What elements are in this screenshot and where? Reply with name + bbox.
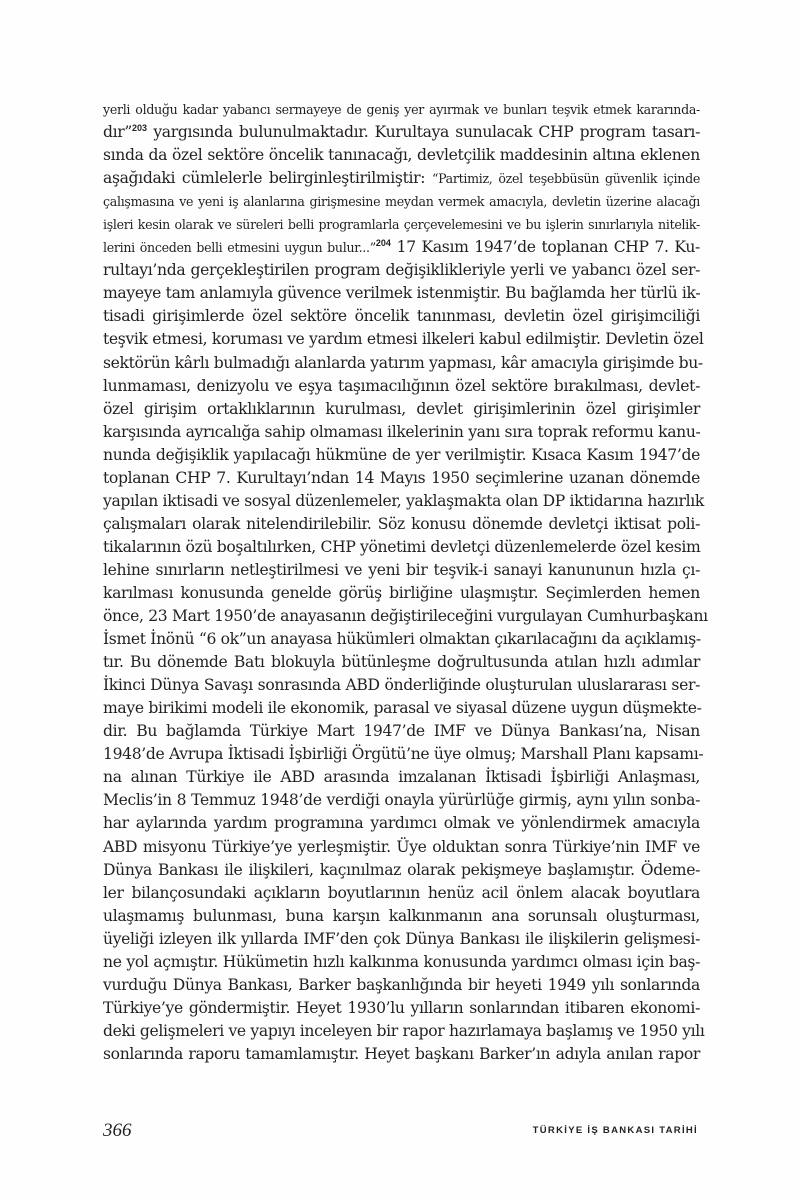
text-line: ABD misyonu Türkiye’ye yerleşmiştir. Üye… bbox=[103, 836, 700, 859]
line-text: 17 Kasım 1947’de toplanan CHP 7. Ku- bbox=[391, 238, 700, 256]
line-text: İsmet İnönü “6 ok”un anayasa hükümleri o… bbox=[103, 630, 701, 648]
line-text: yerli olduğu kadar yabancı sermayeye de … bbox=[103, 102, 700, 117]
line-text: İkinci Dünya Savaşı sonrasında ABD önder… bbox=[103, 676, 700, 694]
text-line: Meclis’in 8 Temmuz 1948’de verdiği onayl… bbox=[103, 789, 700, 812]
body-text: yerli olduğu kadar yabancı sermayeye de … bbox=[103, 98, 700, 1066]
text-line: karşısında ayrıcalığa sahip olmaması ilk… bbox=[103, 421, 700, 444]
text-line: aşağıdaki cümlelerle belirginleştirilmiş… bbox=[103, 167, 700, 190]
text-line: sonlarında raporu tamamlamıştır. Heyet b… bbox=[103, 1043, 700, 1066]
text-line: toplanan CHP 7. Kurultayı’ndan 14 Mayıs … bbox=[103, 467, 700, 490]
text-line: lehine sınırların netleştirilmesi ve yen… bbox=[103, 559, 700, 582]
text-line: mayeye tam anlamıyla güvence verilmek is… bbox=[103, 282, 700, 305]
line-text: maye birikimi modeli ile ekonomik, paras… bbox=[103, 699, 702, 717]
text-line: Dünya Bankası ile ilişkileri, kaçınılmaz… bbox=[103, 859, 700, 882]
text-line: İsmet İnönü “6 ok”un anayasa hükümleri o… bbox=[103, 628, 700, 651]
line-text: özel girişim ortaklıklarının kurulması, … bbox=[103, 400, 700, 418]
text-line: nunda değişiklik yapılacağı hükmüne de y… bbox=[103, 444, 700, 467]
line-text: çalışmasına ve yeni iş alanlarına girişm… bbox=[103, 194, 700, 209]
line-text: yargısında bulunulmaktadır. Kurultaya su… bbox=[147, 123, 700, 141]
text-line: deki gelişmeleri ve yapıyı inceleyen bir… bbox=[103, 1020, 700, 1043]
line-text: ABD misyonu Türkiye’ye yerleşmiştir. Üye… bbox=[103, 838, 700, 856]
text-line: önce, 23 Mart 1950’de anayasanın değişti… bbox=[103, 605, 700, 628]
text-line: dır”203 yargısında bulunulmaktadır. Kuru… bbox=[103, 121, 700, 144]
line-text: sektörün kârlı bulmadığı alanlarda yatır… bbox=[103, 354, 703, 372]
text-line: dir. Bu bağlamda Türkiye Mart 1947’de IM… bbox=[103, 720, 700, 743]
text-line: lunmaması, denizyolu ve eşya taşımacılığ… bbox=[103, 375, 700, 398]
footnote-marker: 204 bbox=[376, 238, 391, 248]
text-line: har aylarında yardım programına yardımcı… bbox=[103, 812, 700, 835]
quotation-text: lerini önceden belli etmesini uygun bulu… bbox=[103, 240, 376, 255]
text-line: ne yol açmıştır. Hükümetin hızlı kalkınm… bbox=[103, 951, 700, 974]
quotation-text: “Partimiz, özel teşebbüsün güvenlik için… bbox=[432, 171, 700, 186]
line-text: Meclis’in 8 Temmuz 1948’de verdiği onayl… bbox=[103, 791, 700, 809]
text-line: sektörün kârlı bulmadığı alanlarda yatır… bbox=[103, 352, 700, 375]
running-footer-title: TÜRKİYE İŞ BANKASI TARİHİ bbox=[533, 1125, 698, 1136]
line-text: dır” bbox=[103, 123, 132, 141]
text-line: rultayı’nda gerçekleştirilen program değ… bbox=[103, 259, 700, 282]
text-line: özel girişim ortaklıklarının kurulması, … bbox=[103, 398, 700, 421]
line-text: karılması konusunda genelde görüş birliğ… bbox=[103, 584, 700, 602]
line-text: nunda değişiklik yapılacağı hükmüne de y… bbox=[103, 446, 700, 464]
line-text: mayeye tam anlamıyla güvence verilmek is… bbox=[103, 284, 700, 302]
text-line: tır. Bu dönemde Batı blokuyla bütünleşme… bbox=[103, 651, 700, 674]
text-line: üyeliği izleyen ilk yıllarda IMF’den çok… bbox=[103, 928, 700, 951]
text-line: ulaşmamış bulunması, buna karşın kalkınm… bbox=[103, 905, 700, 928]
text-line: ler bilançosundaki açıkların boyutlarını… bbox=[103, 882, 700, 905]
line-text: tikalarının özü boşaltılırken, CHP yönet… bbox=[103, 538, 700, 556]
line-text: toplanan CHP 7. Kurultayı’ndan 14 Mayıs … bbox=[103, 469, 700, 487]
text-line: yerli olduğu kadar yabancı sermayeye de … bbox=[103, 98, 700, 121]
line-text: rultayı’nda gerçekleştirilen program değ… bbox=[103, 261, 700, 279]
line-text: lehine sınırların netleştirilmesi ve yen… bbox=[103, 561, 700, 579]
text-line: teşvik etmesi, koruması ve yardım etmesi… bbox=[103, 328, 700, 351]
line-text: sında da özel sektöre öncelik tanınacağı… bbox=[103, 146, 700, 164]
text-line: tisadi girişimlerde özel sektöre öncelik… bbox=[103, 305, 700, 328]
text-line: lerini önceden belli etmesini uygun bulu… bbox=[103, 236, 700, 259]
text-line: tikalarının özü boşaltılırken, CHP yönet… bbox=[103, 536, 700, 559]
line-text: na alınan Türkiye ile ABD arasında imzal… bbox=[103, 768, 700, 786]
line-text: Türkiye’ye göndermiştir. Heyet 1930’lu y… bbox=[103, 999, 700, 1017]
line-text: aşağıdaki cümlelerle belirginleştirilmiş… bbox=[103, 169, 432, 187]
text-line: karılması konusunda genelde görüş birliğ… bbox=[103, 582, 700, 605]
line-text: çalışmaları olarak nitelendirilebilir. S… bbox=[103, 515, 700, 533]
footnote-marker: 203 bbox=[132, 123, 147, 133]
line-text: üyeliği izleyen ilk yıllarda IMF’den çok… bbox=[103, 930, 700, 948]
line-text: vurduğu Dünya Bankası, Barker başkanlığı… bbox=[103, 976, 700, 994]
text-line: İkinci Dünya Savaşı sonrasında ABD önder… bbox=[103, 674, 700, 697]
text-line: na alınan Türkiye ile ABD arasında imzal… bbox=[103, 766, 700, 789]
text-line: sında da özel sektöre öncelik tanınacağı… bbox=[103, 144, 700, 167]
book-page: yerli olduğu kadar yabancı sermayeye de … bbox=[0, 0, 799, 1200]
line-text: ne yol açmıştır. Hükümetin hızlı kalkınm… bbox=[103, 953, 700, 971]
text-line: 1948’de Avrupa İktisadi İşbirliği Örgütü… bbox=[103, 743, 700, 766]
line-text: ler bilançosundaki açıkların boyutlarını… bbox=[103, 884, 700, 902]
line-text: işleri kesin olarak ve süreleri belli pr… bbox=[103, 217, 700, 232]
text-line: işleri kesin olarak ve süreleri belli pr… bbox=[103, 213, 700, 236]
line-text: sonlarında raporu tamamlamıştır. Heyet b… bbox=[103, 1045, 700, 1063]
text-line: Türkiye’ye göndermiştir. Heyet 1930’lu y… bbox=[103, 997, 700, 1020]
line-text: 1948’de Avrupa İktisadi İşbirliği Örgütü… bbox=[103, 745, 703, 763]
line-text: yapılan iktisadi ve sosyal düzenlemeler,… bbox=[103, 492, 704, 510]
line-text: har aylarında yardım programına yardımcı… bbox=[103, 814, 700, 832]
line-text: teşvik etmesi, koruması ve yardım etmesi… bbox=[103, 330, 704, 348]
text-line: vurduğu Dünya Bankası, Barker başkanlığı… bbox=[103, 974, 700, 997]
line-text: önce, 23 Mart 1950’de anayasanın değişti… bbox=[103, 607, 708, 625]
line-text: tır. Bu dönemde Batı blokuyla bütünleşme… bbox=[103, 653, 700, 671]
line-text: Dünya Bankası ile ilişkileri, kaçınılmaz… bbox=[103, 861, 700, 879]
line-text: karşısında ayrıcalığa sahip olmaması ilk… bbox=[103, 423, 700, 441]
text-line: çalışmasına ve yeni iş alanlarına girişm… bbox=[103, 190, 700, 213]
text-line: yapılan iktisadi ve sosyal düzenlemeler,… bbox=[103, 490, 700, 513]
text-line: çalışmaları olarak nitelendirilebilir. S… bbox=[103, 513, 700, 536]
line-text: deki gelişmeleri ve yapıyı inceleyen bir… bbox=[103, 1022, 705, 1040]
text-line: maye birikimi modeli ile ekonomik, paras… bbox=[103, 697, 700, 720]
page-number: 366 bbox=[103, 1120, 132, 1142]
line-text: tisadi girişimlerde özel sektöre öncelik… bbox=[103, 307, 700, 325]
line-text: ulaşmamış bulunması, buna karşın kalkınm… bbox=[103, 907, 700, 925]
line-text: lunmaması, denizyolu ve eşya taşımacılığ… bbox=[103, 377, 700, 395]
line-text: dir. Bu bağlamda Türkiye Mart 1947’de IM… bbox=[103, 722, 700, 740]
